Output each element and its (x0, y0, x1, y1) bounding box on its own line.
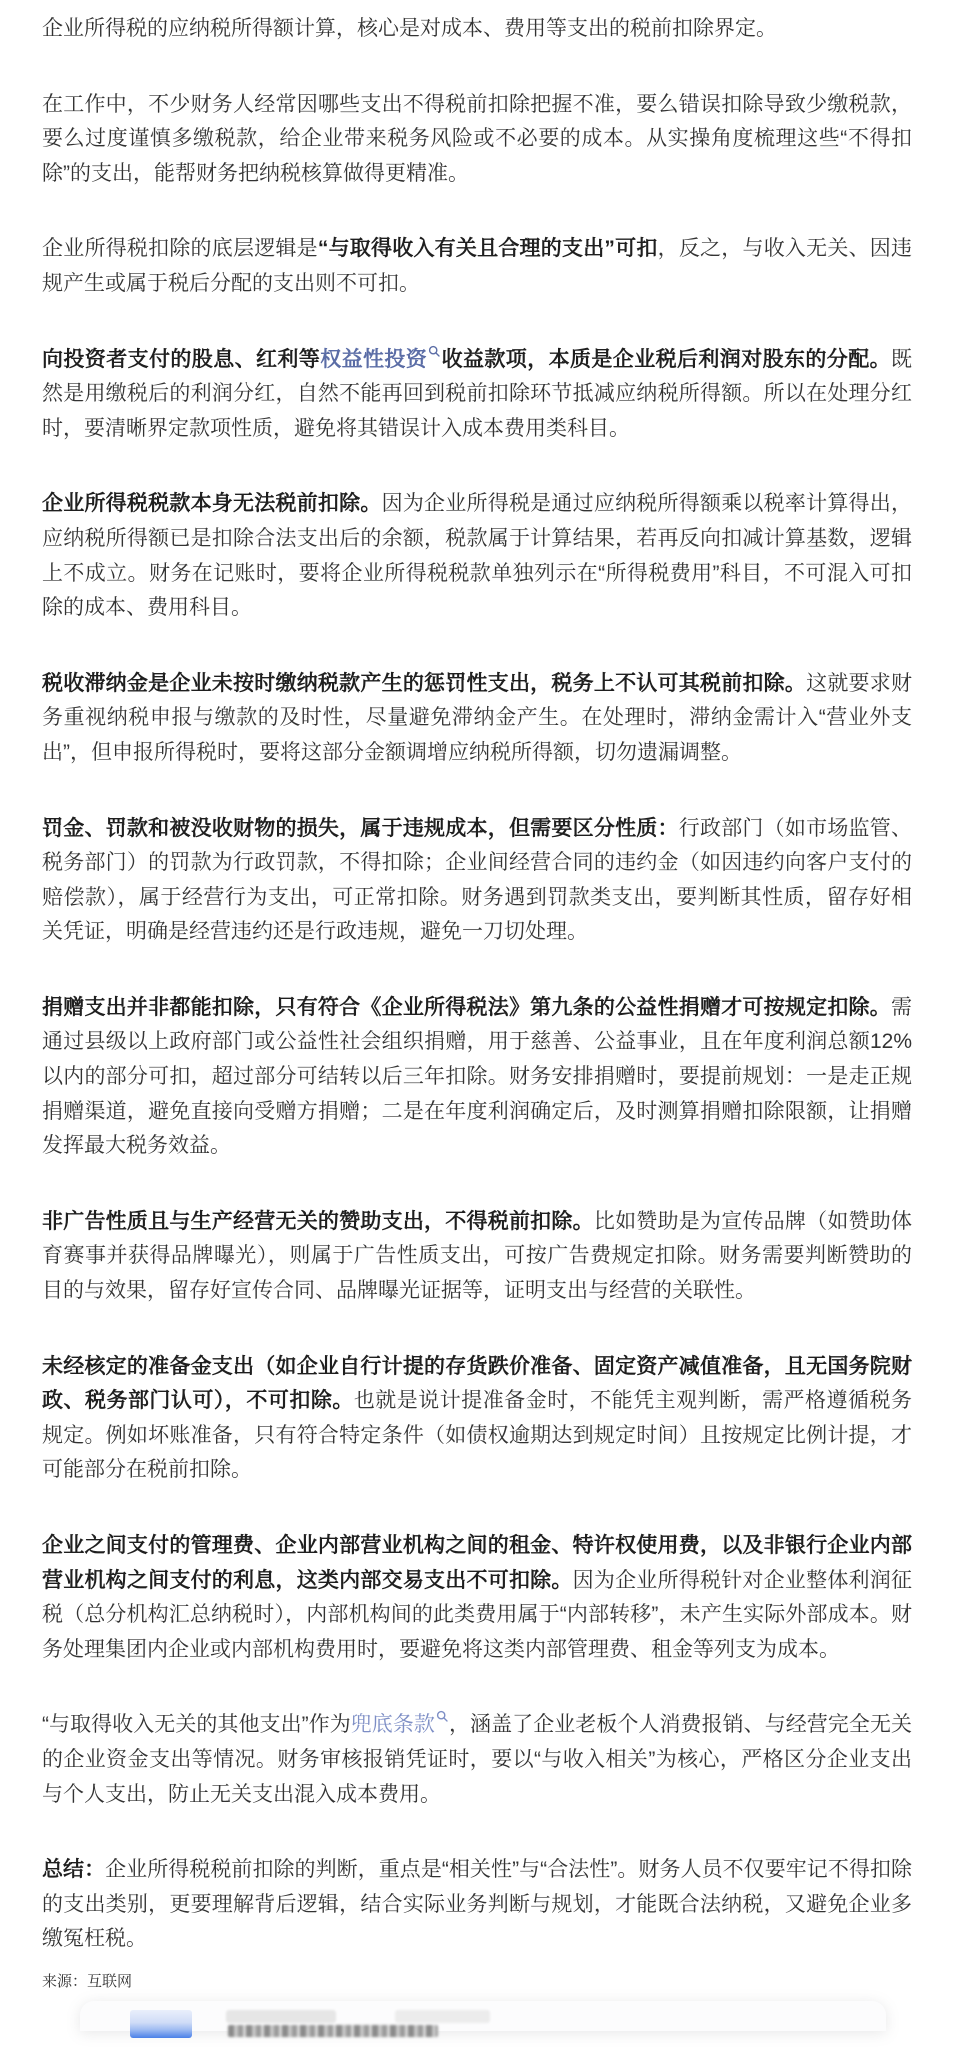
paragraph-sponsorship: 非广告性质且与生产经营无关的赞助支出，不得税前扣除。比如赞助是为宣传品牌（如赞助… (42, 1205, 912, 1309)
link-text: 权益性投资 (320, 348, 427, 371)
entity-link-equity-investment[interactable]: 权益性投资 (320, 348, 441, 371)
paragraph-reserves: 未经核定的准备金支出（如企业自行计提的存货跌价准备、固定资产减值准备，且无国务院… (42, 1350, 912, 1488)
paragraph-text: “与取得收入无关的其他支出”作为 (42, 1713, 351, 1736)
blurred-text-block (395, 2010, 490, 2023)
search-icon (428, 345, 441, 358)
article-content: 企业所得税的应纳税所得额计算，核心是对成本、费用等支出的税前扣除界定。 在工作中… (0, 0, 954, 2031)
source-card[interactable] (80, 2001, 886, 2031)
bold-text: 税收滞纳金是企业未按时缴纳税款产生的惩罚性支出，税务上不认可其税前扣除。 (42, 672, 806, 695)
paragraph-text: 企业所得税扣除的底层逻辑是 (42, 237, 318, 260)
search-icon (436, 1710, 449, 1723)
source-label: 来源：互联网 (42, 1971, 912, 1993)
paragraph-donations: 捐赠支出并非都能扣除，只有符合《企业所得税法》第九条的公益性捐赠才可按规定扣除。… (42, 991, 912, 1164)
bold-text: 罚金、罚款和被没收财物的损失，属于违规成本，但需要区分性质： (42, 817, 679, 840)
bold-text: 企业所得税税款本身无法税前扣除。 (42, 492, 382, 515)
paragraph-logic: 企业所得税扣除的底层逻辑是“与取得收入有关且合理的支出”可扣，反之，与收入无关、… (42, 232, 912, 301)
bold-text: “与取得收入有关且合理的支出”可扣 (318, 237, 658, 260)
bold-text: 非广告性质且与生产经营无关的赞助支出，不得税前扣除。 (42, 1210, 594, 1233)
paragraph-text: 需通过县级以上政府部门或公益性社会组织捐赠，用于慈善、公益事业，且在年度利润总额… (42, 996, 912, 1157)
paragraph-text: 企业所得税税前扣除的判断，重点是“相关性”与“合法性”。财务人员不仅要牢记不得扣… (42, 1858, 912, 1950)
bold-text: 向投资者支付的股息、红利等 (42, 348, 320, 371)
paragraph-fines: 罚金、罚款和被没收财物的损失，属于违规成本，但需要区分性质：行政部门（如市场监管… (42, 812, 912, 950)
paragraph-summary: 总结：企业所得税税前扣除的判断，重点是“相关性”与“合法性”。财务人员不仅要牢记… (42, 1853, 912, 1957)
paragraph-catch-all: “与取得收入无关的其他支出”作为兜底条款，涵盖了企业老板个人消费报销、与经营完全… (42, 1708, 912, 1812)
paragraph-context: 在工作中，不少财务人经常因哪些支出不得税前扣除把握不准，要么错误扣除导致少缴税款… (42, 88, 912, 192)
bold-text: 收益款项，本质是企业税后利润对股东的分配。 (441, 348, 891, 371)
paragraph-text: 企业所得税的应纳税所得额计算，核心是对成本、费用等支出的税前扣除界定。 (42, 17, 777, 40)
blurred-text-block (226, 2010, 336, 2023)
link-text: 兜底条款 (351, 1713, 435, 1736)
article-page: { "colors": { "body_text": "#333333", "b… (0, 0, 954, 2060)
paragraph-text: 在工作中，不少财务人经常因哪些支出不得税前扣除把握不准，要么错误扣除导致少缴税款… (42, 93, 912, 185)
bold-text: 捐赠支出并非都能扣除，只有符合《企业所得税法》第九条的公益性捐赠才可按规定扣除。 (42, 996, 891, 1019)
card-thumbnail (130, 2010, 192, 2038)
paragraph-late-fee: 税收滞纳金是企业未按时缴纳税款产生的惩罚性支出，税务上不认可其税前扣除。这就要求… (42, 667, 912, 771)
bold-text: 总结： (42, 1858, 105, 1881)
entity-link-catch-all-clause[interactable]: 兜底条款 (351, 1713, 449, 1736)
blurred-text-line (228, 2025, 438, 2037)
paragraph-intro: 企业所得税的应纳税所得额计算，核心是对成本、费用等支出的税前扣除界定。 (42, 12, 912, 47)
paragraph-internal-fees: 企业之间支付的管理费、企业内部营业机构之间的租金、特许权使用费，以及非银行企业内… (42, 1529, 912, 1667)
paragraph-dividends: 向投资者支付的股息、红利等权益性投资收益款项，本质是企业税后利润对股东的分配。既… (42, 343, 912, 447)
paragraph-tax-itself: 企业所得税税款本身无法税前扣除。因为企业所得税是通过应纳税所得额乘以税率计算得出… (42, 487, 912, 625)
